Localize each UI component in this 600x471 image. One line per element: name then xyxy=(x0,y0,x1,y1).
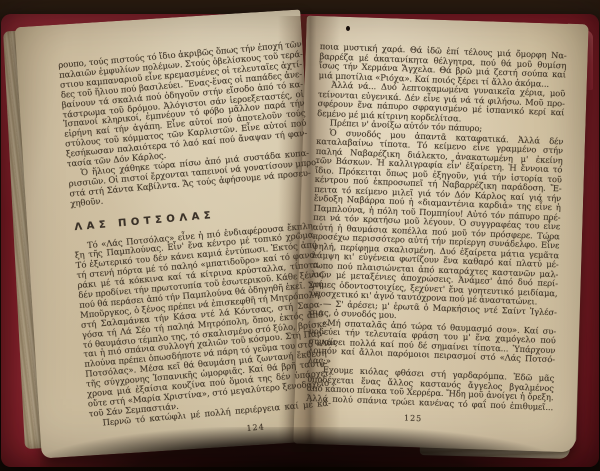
left-page-text: ρουπο, τούς πιστούς τό ἴδιο ἀκριβῶς ὅπως… xyxy=(58,41,333,447)
photo-of-open-book: ρουπο, τούς πιστούς τό ἴδιο ἀκριβῶς ὅπως… xyxy=(0,0,600,471)
bottom-shadow xyxy=(40,427,560,471)
speck-mark xyxy=(346,26,350,31)
right-page-text: ποια μυστική χαρά. Θά ἰδῶ ἐπί τέλους μιά… xyxy=(306,42,567,429)
